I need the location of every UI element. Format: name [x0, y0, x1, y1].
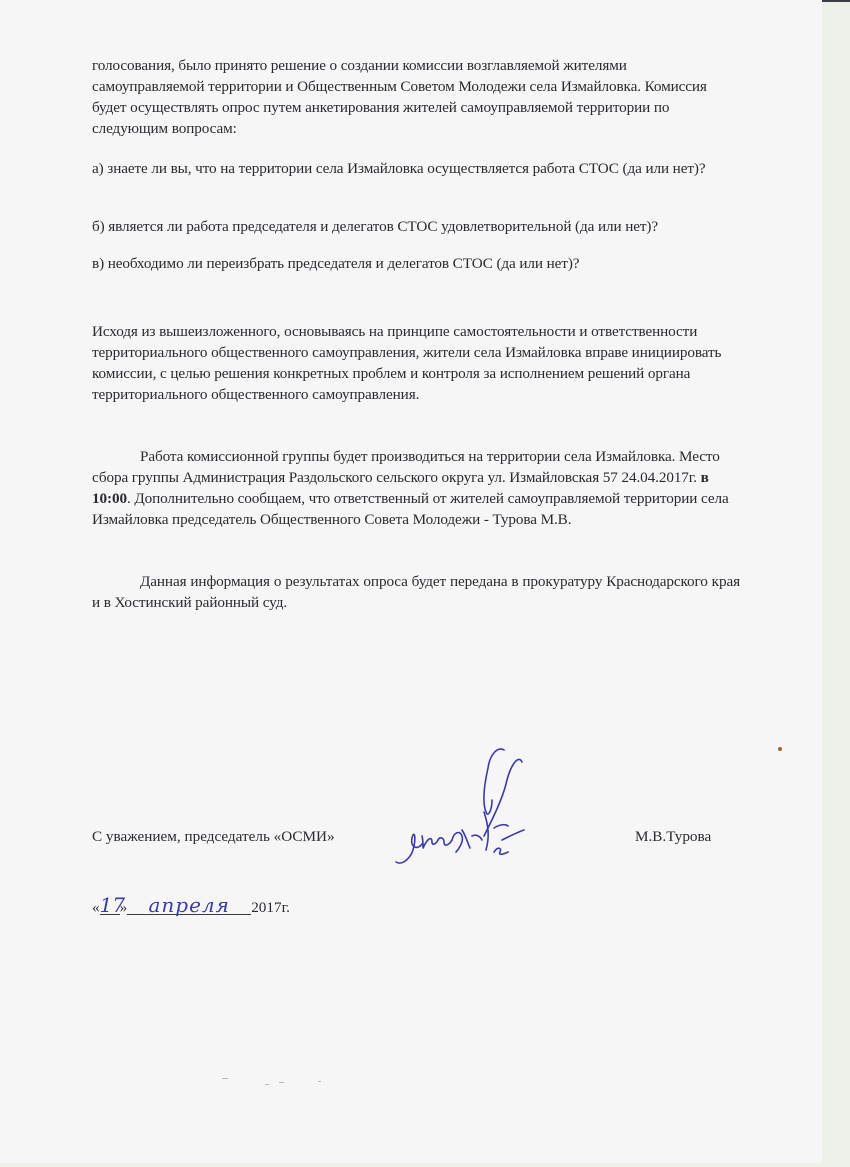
question-b-text: б) является ли работа председателя и дел…: [92, 216, 740, 237]
handwritten-signature: [392, 740, 542, 870]
scan-speck: [778, 747, 782, 751]
scan-dust: [279, 1082, 284, 1083]
date-month-handwritten: апреля: [127, 896, 251, 915]
scan-border-right: [822, 0, 850, 1167]
scan-border-bottom: [0, 1163, 822, 1167]
closing-salutation: С уважением, председатель «ОСМИ»: [92, 826, 335, 847]
scan-dust: [318, 1081, 321, 1082]
closing-row: С уважением, председатель «ОСМИ» М.В.Тур…: [92, 826, 732, 848]
body-paragraph-meeting: Работа комиссионной группы будет произво…: [92, 446, 740, 530]
scan-edge-top: [822, 0, 850, 2]
question-c-text: в) необходимо ли переизбрать председател…: [92, 253, 740, 274]
question-c: в) необходимо ли переизбрать председател…: [92, 253, 740, 274]
date-day-handwritten: 17: [100, 896, 120, 915]
meeting-text-part1: Работа комиссионной группы будет произво…: [92, 448, 720, 486]
scan-dust: [222, 1078, 228, 1079]
scan-dust: [265, 1084, 269, 1085]
meeting-paragraph: Работа комиссионной группы будет произво…: [92, 446, 740, 530]
document-date: «17»апреля2017г.: [92, 896, 290, 918]
body-paragraph-conclusion: Исходя из вышеизложенного, основываясь н…: [92, 321, 740, 405]
meeting-text-part2: . Дополнительно сообщаем, что ответствен…: [92, 490, 729, 528]
conclusion-text: Исходя из вышеизложенного, основываясь н…: [92, 321, 740, 405]
intro-text: голосования, было принято решение о созд…: [92, 55, 740, 139]
question-a: а) знаете ли вы, что на территории села …: [92, 158, 740, 179]
question-a-text: а) знаете ли вы, что на территории села …: [92, 158, 740, 179]
body-paragraph-report: Данная информация о результатах опроса б…: [92, 571, 740, 613]
date-year: 2017г.: [251, 899, 290, 916]
date-open-quote: «: [92, 899, 100, 916]
report-text: Данная информация о результатах опроса б…: [92, 571, 740, 613]
signatory-name: М.В.Турова: [635, 826, 711, 847]
question-b: б) является ли работа председателя и дел…: [92, 216, 740, 237]
body-paragraph-intro: голосования, было принято решение о созд…: [92, 55, 740, 139]
